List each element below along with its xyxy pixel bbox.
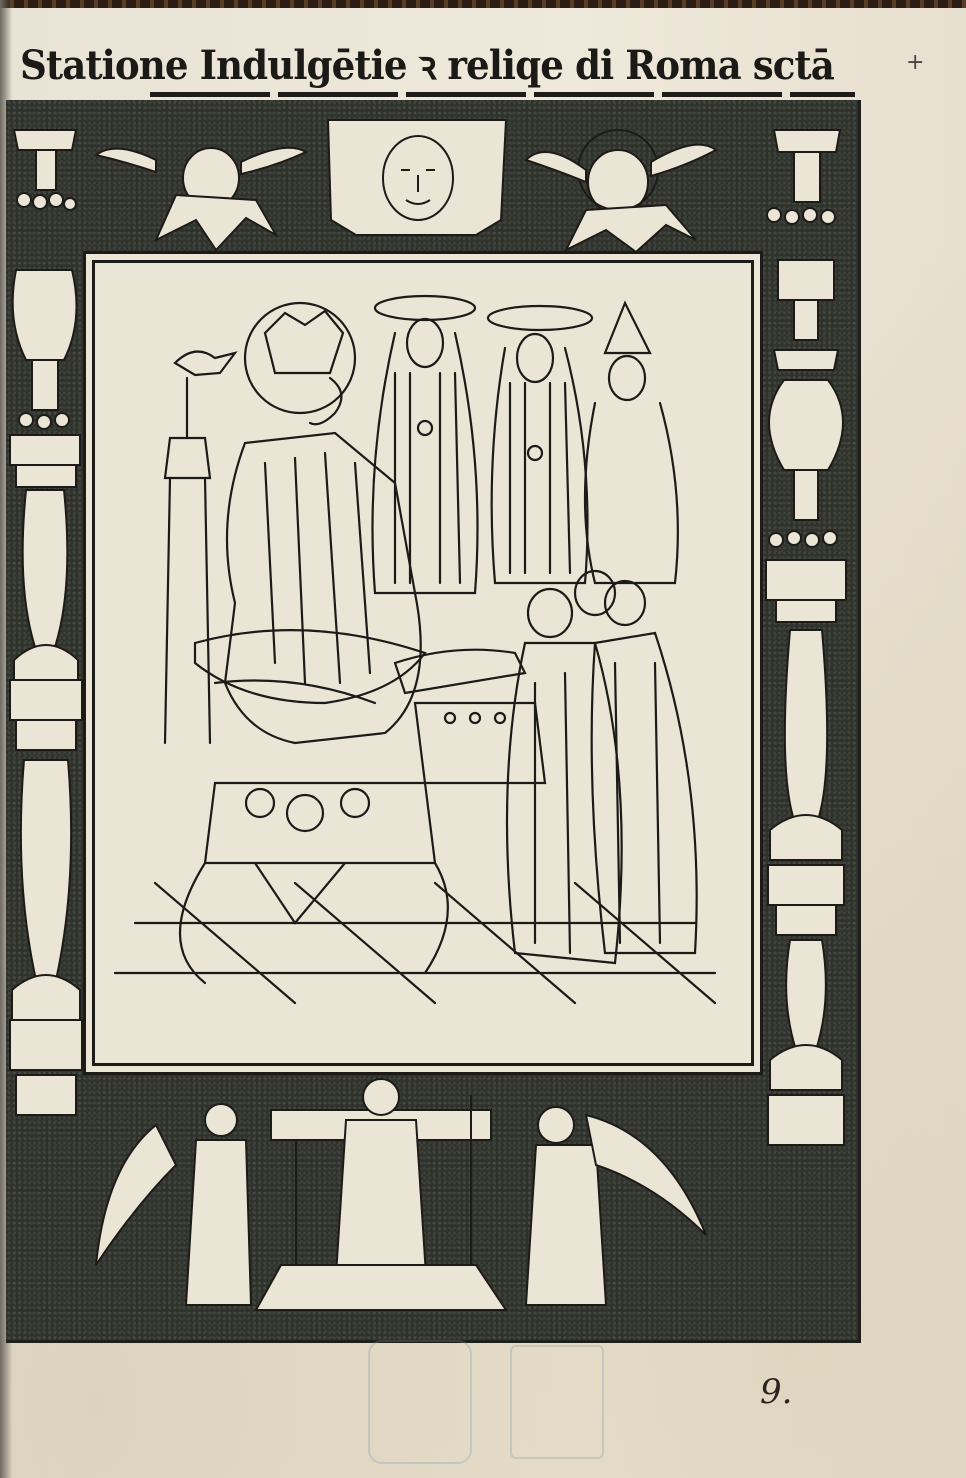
title-rule bbox=[150, 92, 855, 97]
woodcut-frame bbox=[6, 100, 861, 1343]
margin-mark: + bbox=[906, 50, 924, 75]
right-column bbox=[754, 120, 854, 1180]
book-page: Statione Indulgētie ꝛ reliqe di Roma sct… bbox=[0, 0, 966, 1478]
binding-edge bbox=[0, 0, 966, 8]
folio-number: 9. bbox=[760, 1372, 792, 1412]
papal-audience-woodcut bbox=[95, 263, 751, 1063]
left-column bbox=[6, 120, 84, 1180]
bottom-border-scene bbox=[86, 1075, 746, 1325]
library-stamp-faded bbox=[368, 1340, 472, 1464]
library-stamp-faded bbox=[510, 1345, 604, 1459]
page-title: Statione Indulgētie ꝛ reliqe di Roma sct… bbox=[20, 36, 820, 91]
central-illustration bbox=[92, 260, 754, 1066]
top-border-scene bbox=[6, 100, 858, 260]
